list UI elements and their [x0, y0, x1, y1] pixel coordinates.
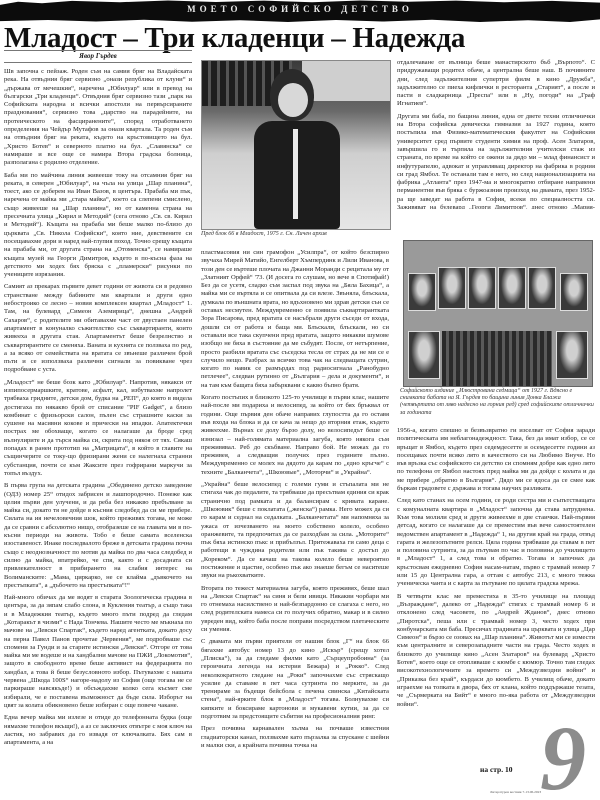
portrait-4: [498, 267, 526, 309]
footer-publication: Литературен вестник 7-13.06.2023: [490, 790, 541, 794]
portrait-6: [560, 273, 588, 311]
article-column-3-bottom: 1956-а, когато спешно и безвъзвратно ги …: [397, 427, 595, 747]
paragraph: Другата ми баба, по бащина линия, една о…: [397, 113, 595, 209]
paragraph: „Младост“ не беше бозк като „Юбилуар“. Н…: [4, 379, 192, 479]
paragraph: Втората по тежест материална загуба, коя…: [201, 585, 389, 635]
paragraph: Шв започна с пейзаж. Роден съм на самия …: [4, 68, 192, 168]
photo-caption-1: Пред блок 66 в Младост, 1975 г. Сн. Личе…: [201, 231, 391, 237]
page-number: 9: [540, 718, 586, 798]
paragraph: пластмасовия ни син грамофон „Усилпра“, …: [201, 249, 389, 390]
paragraph: Най-много обичах да ме водят в старата З…: [4, 594, 192, 710]
photo-caption-2: Софийското издание „Илюстрована седмица“…: [400, 388, 595, 417]
paragraph: В четвърти клас ме преместиха в 35-то уч…: [397, 593, 595, 709]
portrait-5: [528, 267, 556, 309]
portrait-1: [408, 273, 436, 311]
article-column-2: пластмасовия ни син грамофон „Усилпра“, …: [201, 249, 389, 798]
section-title: МОЕТО СОФИЙСКО ДЕТСТВО: [0, 4, 600, 14]
paragraph: Една вечер майка ми излезе и отиде до те…: [4, 714, 192, 747]
photo-child-in-snow: [201, 60, 391, 230]
paragraph: След като станах на осем години, се роди…: [397, 497, 595, 588]
portrait-7: [408, 331, 440, 379]
paragraph: Когато постъпих в близкото 125-то училищ…: [201, 394, 389, 477]
paragraph: В първа група на детската градина „Обеди…: [4, 482, 192, 590]
article-column-3-top: отдалечаване от вълница беше манастирско…: [397, 59, 595, 209]
paragraph: През почивна карнавален хълма на почваше…: [201, 725, 389, 750]
author-byline: Явор Гърдев: [4, 50, 192, 63]
paragraph: С двамата ми първи приятели от нашия бло…: [201, 638, 389, 721]
paragraph: Баба ми по майчина линия живееше току на…: [4, 172, 192, 280]
photo-crowd: [442, 331, 552, 386]
paragraph: 1956-а, когато спешно и безвъзвратно ги …: [397, 427, 595, 493]
portrait-2: [438, 267, 466, 309]
photo-sky: [302, 61, 390, 101]
paragraph: отдалечаване от вълница беше манастирско…: [397, 59, 595, 109]
paragraph: Самият аз прекарах първите девет години …: [4, 283, 192, 374]
paragraph: „Украйна“ беше велосипед с големи гуми и…: [201, 481, 389, 581]
continued-on-page: на стр. 10: [480, 765, 512, 774]
photo-magazine-clipping: [403, 240, 593, 387]
photo-child-face: [278, 83, 308, 117]
portrait-8: [556, 331, 588, 379]
photo-jacket-zipper: [293, 129, 298, 219]
article-column-1: Шв започна с пейзаж. Роден съм на самия …: [4, 68, 192, 798]
portrait-3: [468, 267, 496, 309]
